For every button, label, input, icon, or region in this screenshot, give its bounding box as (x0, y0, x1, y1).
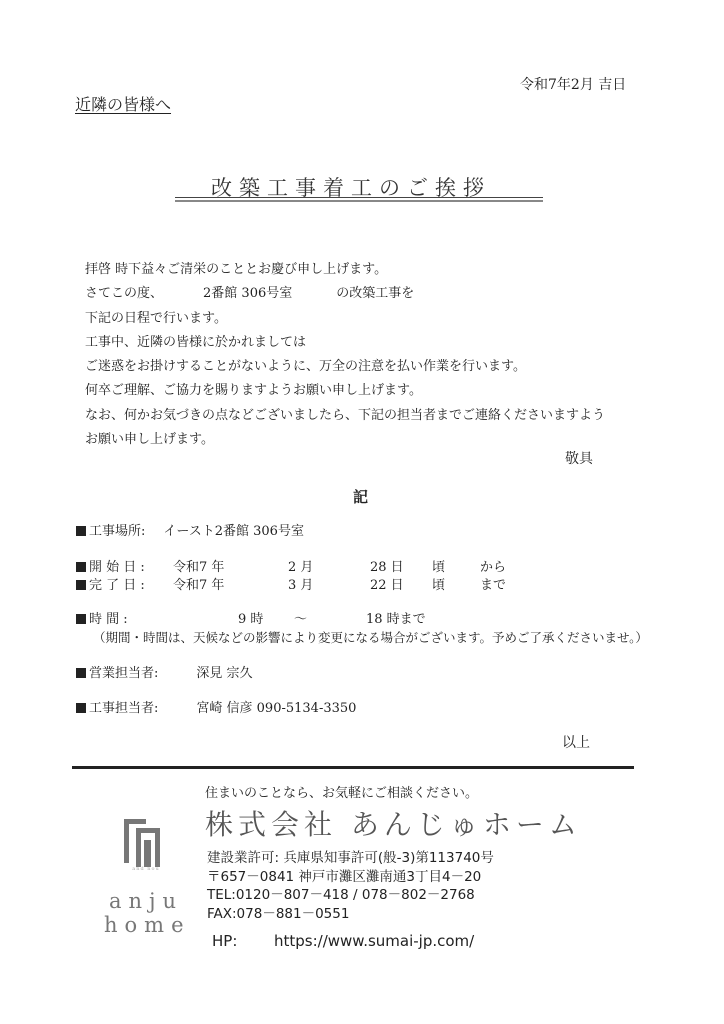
company-address: 〒657－0841 神戸市灘区灘南通3丁目4－20 (207, 868, 494, 887)
recipient: 近隣の皆様へ (75, 92, 171, 115)
detail-sales-rep: 営業担当者:深見 宗久 (76, 662, 253, 681)
logo-text-anju: anju (104, 889, 188, 913)
bullet-square-icon (76, 580, 86, 590)
detail-start-date: 開 始 日 : 令和7 年 2 月 28 日 頃 から (76, 556, 596, 574)
bullet-square-icon (76, 614, 86, 624)
body-line: お願い申し上げます。 (85, 428, 605, 452)
logo-subtext: and nou (104, 866, 188, 872)
closing-keigu: 敬具 (565, 448, 593, 468)
body-line: 何卒ご理解、ご協力を賜りますようお願い申し上げます。 (85, 379, 605, 403)
body-line: ご迷惑をお掛けすることがないように、万全の注意を払い作業を行います。 (85, 355, 605, 379)
issue-date: 令和7年2月 吉日 (520, 74, 626, 94)
anju-home-logo-icon (104, 815, 188, 871)
body-line: なお、何かお気づきの点などございましたら、下記の担当者までご連絡くださいますよう (85, 404, 605, 428)
building-room: 2番館 306号室 (203, 286, 292, 301)
bullet-square-icon (76, 668, 86, 678)
body-line: 拝啓 時下益々ご清栄のこととお慶び申し上げます。 (85, 258, 605, 282)
detail-time: 時 間 : 9 時 ～ 18 時まで (76, 608, 596, 626)
logo-text-home: home (104, 913, 188, 937)
bullet-square-icon (76, 562, 86, 572)
footer-divider (72, 766, 634, 769)
schedule-note: （期間・時間は、天候などの影響により変更になる場合がございます。予めご了承くださ… (93, 628, 648, 646)
homepage-url[interactable]: https://www.sumai-jp.com/ (274, 932, 474, 950)
company-logo: and nou anju home (104, 815, 188, 945)
detail-end-date: 完 了 日 : 令和7 年 3 月 22 日 頃 まで (76, 574, 596, 592)
company-info: 建設業許可: 兵庫県知事許可(般-3)第113740号 〒657－0841 神戸… (207, 849, 494, 923)
bullet-square-icon (76, 526, 86, 536)
footer-tagline: 住まいのことなら、お気軽にご相談ください。 (205, 782, 478, 801)
details-heading: 記 (353, 486, 368, 507)
title-block: 改築工事着工のご挨拶 (175, 172, 543, 202)
body-line: 工事中、近隣の皆様に於かれましては (85, 331, 605, 355)
end-mark: 以上 (562, 732, 590, 752)
license-number: 建設業許可: 兵庫県知事許可(般-3)第113740号 (207, 849, 494, 868)
bullet-square-icon (76, 703, 86, 713)
company-fax: FAX:078－881－0551 (207, 905, 494, 924)
letter-body: 拝啓 時下益々ご清栄のこととお慶び申し上げます。 さてこの度、2番館 306号室… (85, 258, 605, 452)
title-underline-thick (175, 200, 543, 202)
detail-construction-rep: 工事担当者:宮崎 信彦 090-5134-3350 (76, 697, 356, 716)
detail-location: 工事場所:イースト2番館 306号室 (76, 520, 304, 539)
company-name: 株式会社 あんじゅホーム (205, 803, 582, 843)
title-underline (175, 197, 543, 198)
homepage-label: HP: (212, 932, 274, 950)
body-line: さてこの度、2番館 306号室の改築工事を (85, 282, 605, 306)
company-tel: TEL:0120－807－418 / 078－802－2768 (207, 886, 494, 905)
homepage: HP:https://www.sumai-jp.com/ (212, 932, 474, 950)
body-line: 下記の日程で行います。 (85, 307, 605, 331)
